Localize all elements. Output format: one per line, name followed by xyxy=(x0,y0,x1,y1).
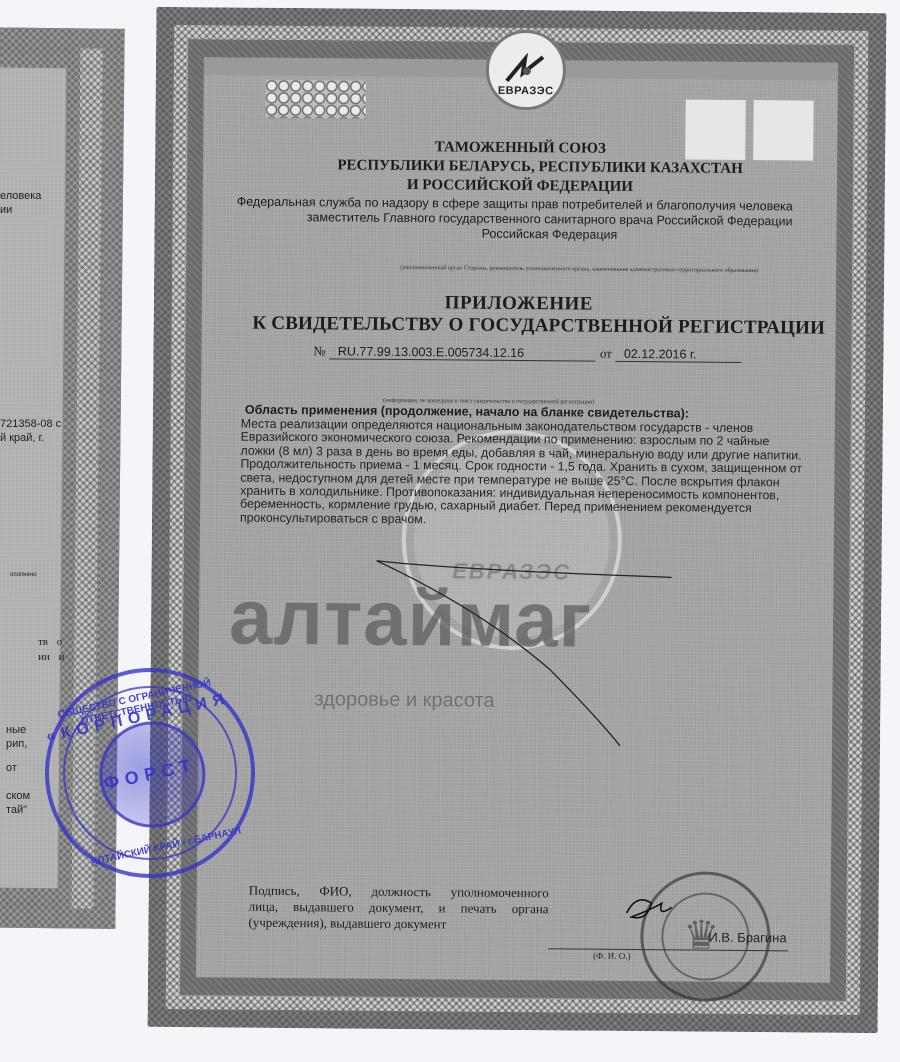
registration-date: 02.12.2016 г. xyxy=(616,347,742,363)
left-page-text-fragment: тв о xyxy=(38,636,62,648)
security-pattern-box xyxy=(266,80,366,119)
registration-number: RU.77.99.13.003.E.005734.12.16 xyxy=(330,344,596,361)
left-page-text-fragment: ском xyxy=(6,790,30,802)
left-page-text-fragment: ии xyxy=(0,204,12,216)
left-page-text-fragment: ии и xyxy=(38,651,64,663)
fio-label: (Ф. И. О.) xyxy=(593,951,630,961)
left-page-text-fragment: рип, xyxy=(6,738,27,750)
left-page-text-fragment: еловека xyxy=(0,190,41,202)
date-label: от xyxy=(600,346,612,362)
eaec-logo-label: ЕВРАЗЭС xyxy=(498,85,554,97)
scope-body: Места реализации определяются национальн… xyxy=(240,418,841,530)
signer-name: И.В. Брагина xyxy=(708,930,786,946)
brand-watermark: алтаймаг xyxy=(229,577,593,658)
left-page-text-fragment: 721358-08 с xyxy=(0,418,61,430)
registration-certificate-appendix: ЕВРАЗЭС ТАМОЖЕННЫЙ СОЮЗ РЕСПУБЛИКИ БЕЛАР… xyxy=(148,7,887,1033)
brand-tagline-watermark: здоровье и красота xyxy=(314,688,494,713)
eaec-logo: ЕВРАЗЭС xyxy=(486,30,567,111)
left-page-text-fragment: ные xyxy=(6,724,26,736)
number-label: № xyxy=(313,343,326,359)
signature-note: Подпись, ФИО, должность уполномоченного … xyxy=(248,883,548,934)
left-page-text-fragment: от xyxy=(6,762,17,774)
left-page-text-fragment: й край, г. xyxy=(0,432,44,444)
left-page-text-fragment: ополнено xyxy=(10,572,37,578)
signature-note-line: (учреждения), выдавшего документ xyxy=(248,915,548,934)
left-page-text-fragment: тай" xyxy=(6,804,27,816)
eaec-emblem-icon xyxy=(503,53,549,83)
